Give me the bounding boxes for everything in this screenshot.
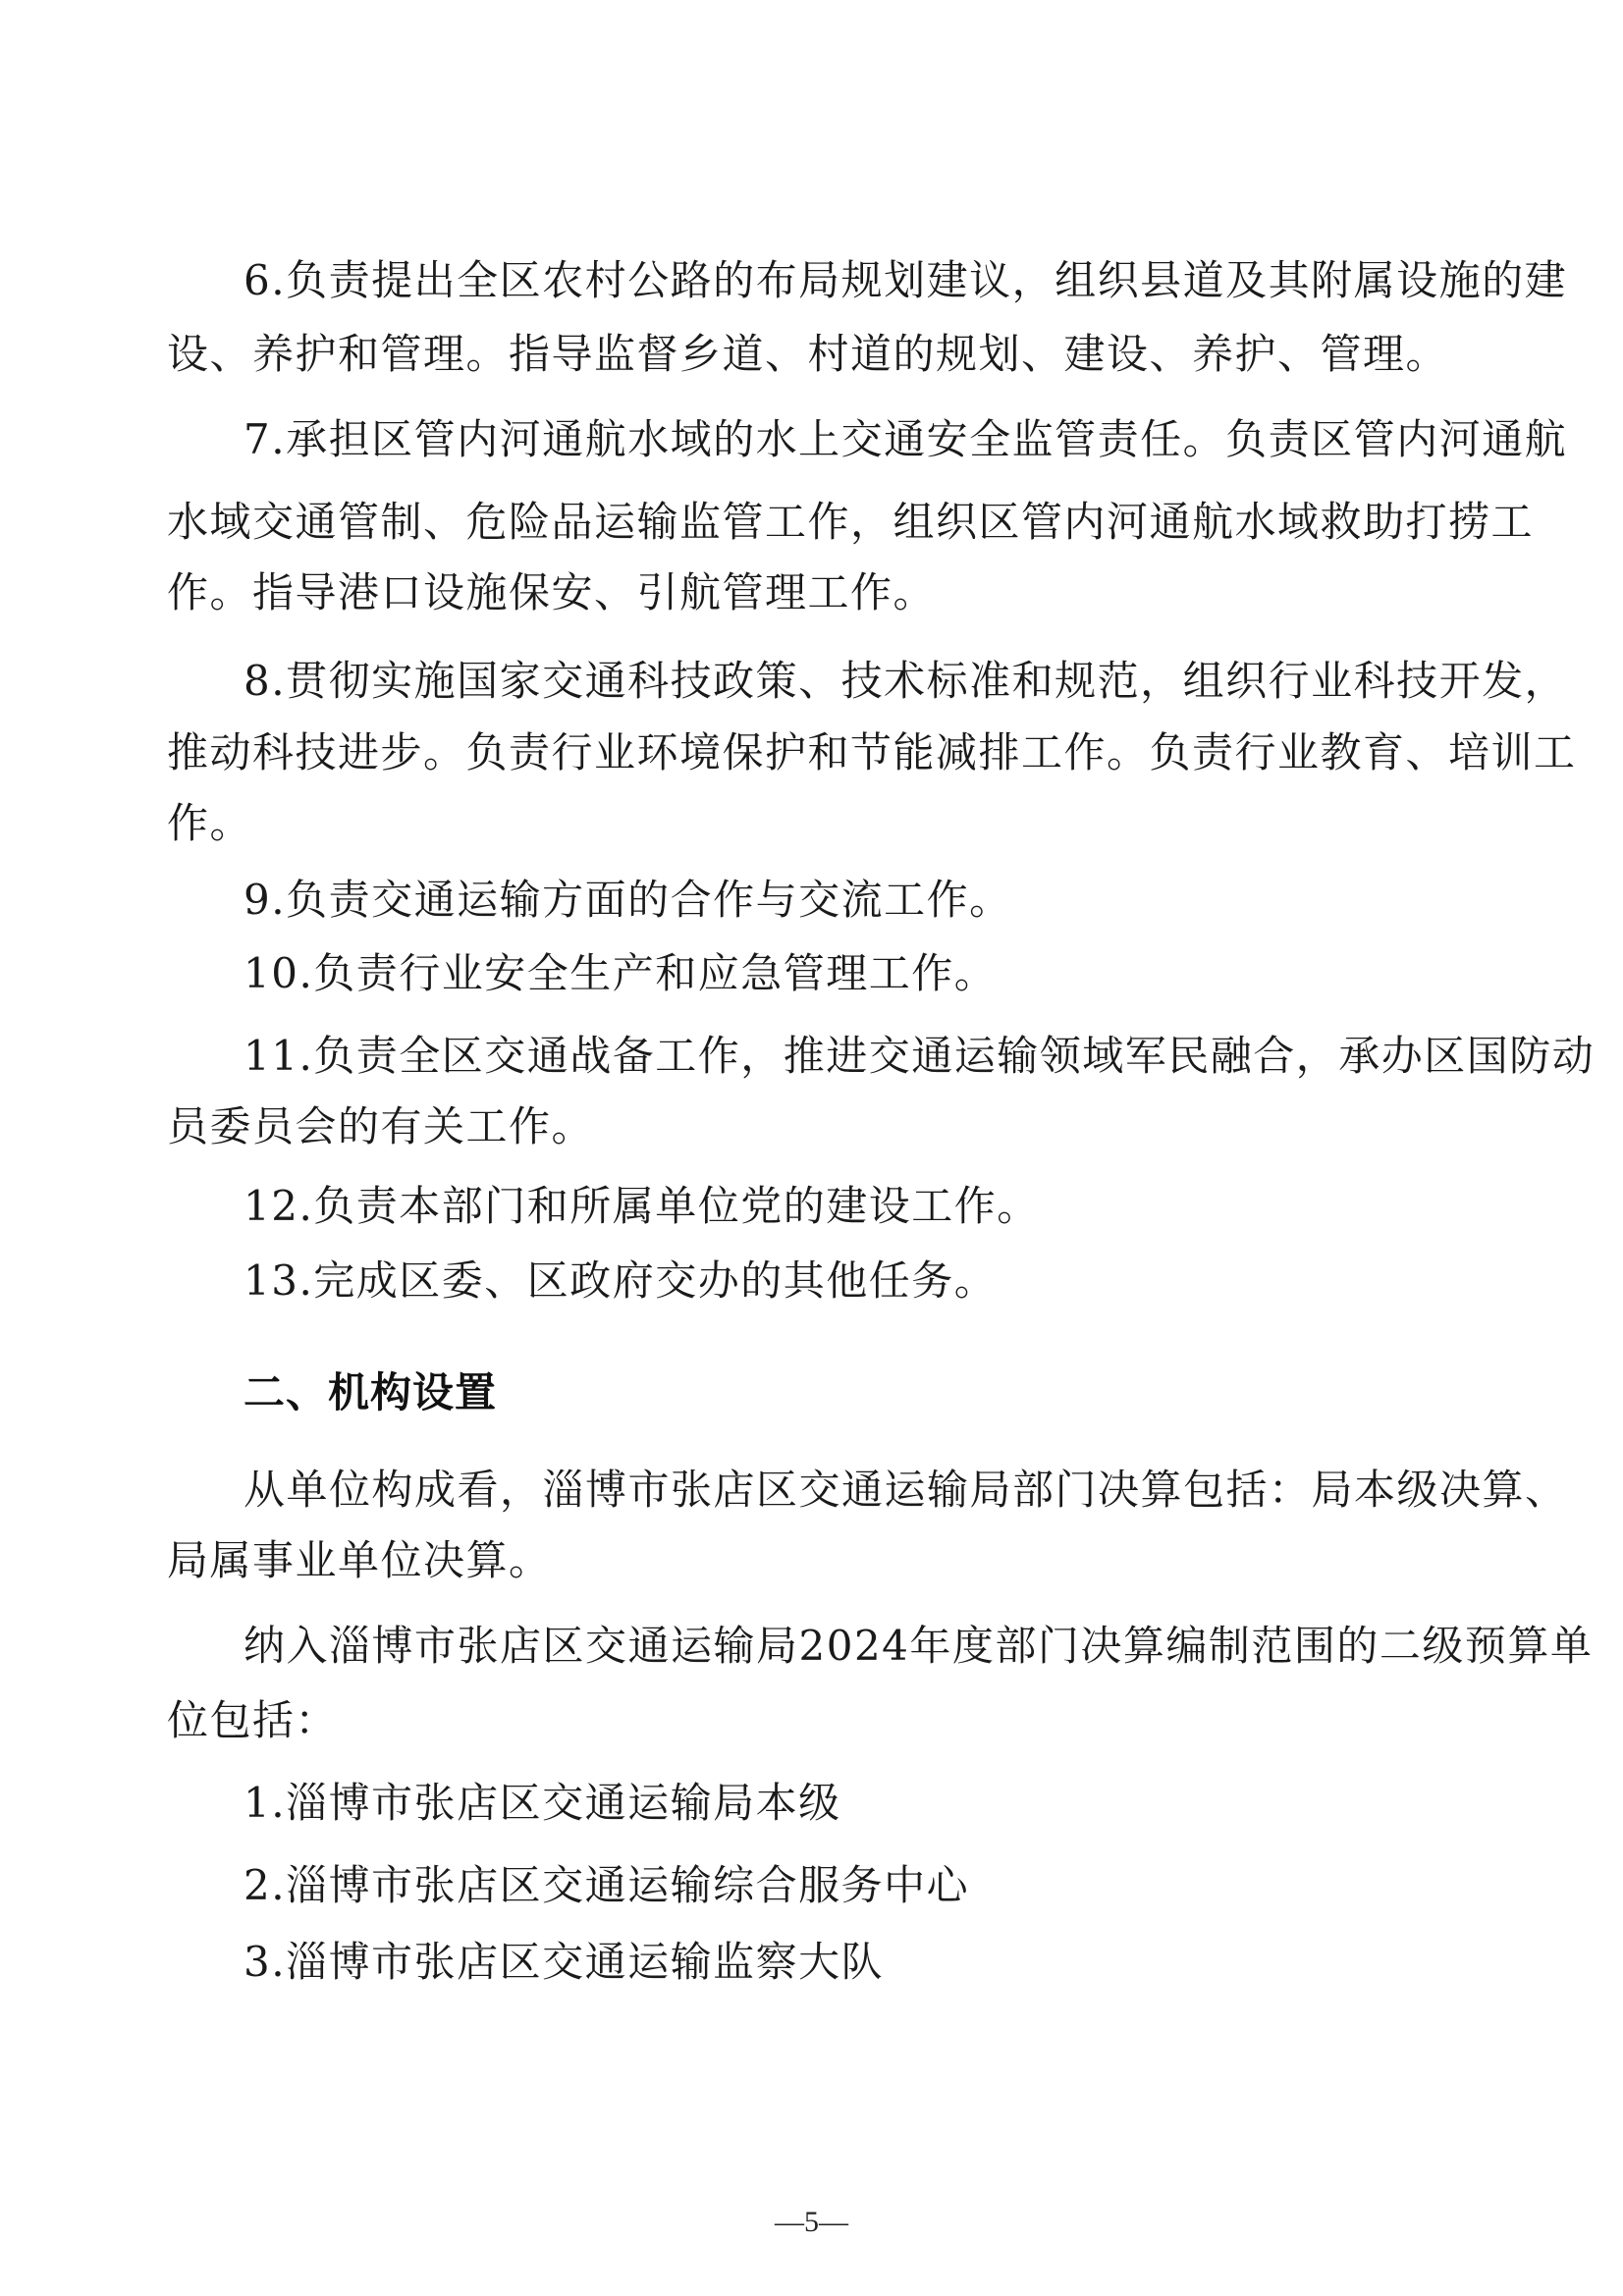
paragraph-11-line-2: 员委员会的有关工作。 bbox=[167, 1102, 1473, 1151]
paragraph-7-line-3: 作。指导港口设施保安、引航管理工作。 bbox=[167, 568, 1473, 617]
unit-list-item-1: 1.淄博市张店区交通运输局本级 bbox=[243, 1779, 1473, 1828]
paragraph-6-line-2: 设、养护和管理。指导监督乡道、村道的规划、建设、养护、管理。 bbox=[167, 330, 1473, 379]
paragraph-8-line-3: 作。 bbox=[167, 799, 1473, 848]
document-page: 6.负责提出全区农村公路的布局规划建议，组织县道及其附属设施的建 设、养护和管理… bbox=[0, 0, 1623, 2296]
section-heading: 二、机构设置 bbox=[243, 1368, 497, 1417]
paragraph-10-line-1: 10.负责行业安全生产和应急管理工作。 bbox=[243, 949, 1473, 998]
paragraph-13-line-1: 13.完成区委、区政府交办的其他任务。 bbox=[243, 1256, 1473, 1306]
paragraph-9-line-1: 9.负责交通运输方面的合作与交流工作。 bbox=[243, 876, 1473, 925]
paragraph-7-line-1: 7.承担区管内河通航水域的水上交通安全监管责任。负责区管内河通航 bbox=[243, 415, 1473, 464]
unit-list-item-3: 3.淄博市张店区交通运输监察大队 bbox=[243, 1938, 1473, 1987]
unit-list-item-2: 2.淄博市张店区交通运输综合服务中心 bbox=[243, 1861, 1473, 1910]
section-paragraph-2-line-2: 位包括： bbox=[167, 1696, 1473, 1745]
page-number: —5— bbox=[0, 2203, 1623, 2242]
paragraph-8-line-2: 推动科技进步。负责行业环境保护和节能减排工作。负责行业教育、培训工 bbox=[167, 728, 1473, 777]
paragraph-7-line-2: 水域交通管制、危险品运输监管工作，组织区管内河通航水域救助打捞工 bbox=[167, 498, 1473, 547]
section-paragraph-1-line-1: 从单位构成看，淄博市张店区交通运输局部门决算包括：局本级决算、 bbox=[243, 1466, 1473, 1515]
paragraph-8-line-1: 8.贯彻实施国家交通科技政策、技术标准和规范，组织行业科技开发， bbox=[243, 657, 1473, 706]
section-paragraph-1-line-2: 局属事业单位决算。 bbox=[167, 1536, 1473, 1585]
paragraph-6-line-1: 6.负责提出全区农村公路的布局规划建议，组织县道及其附属设施的建 bbox=[243, 256, 1473, 305]
paragraph-12-line-1: 12.负责本部门和所属单位党的建设工作。 bbox=[243, 1182, 1473, 1231]
section-paragraph-2-line-1: 纳入淄博市张店区交通运输局2024年度部门决算编制范围的二级预算单 bbox=[243, 1622, 1473, 1671]
paragraph-11-line-1: 11.负责全区交通战备工作，推进交通运输领域军民融合，承办区国防动 bbox=[243, 1032, 1473, 1081]
